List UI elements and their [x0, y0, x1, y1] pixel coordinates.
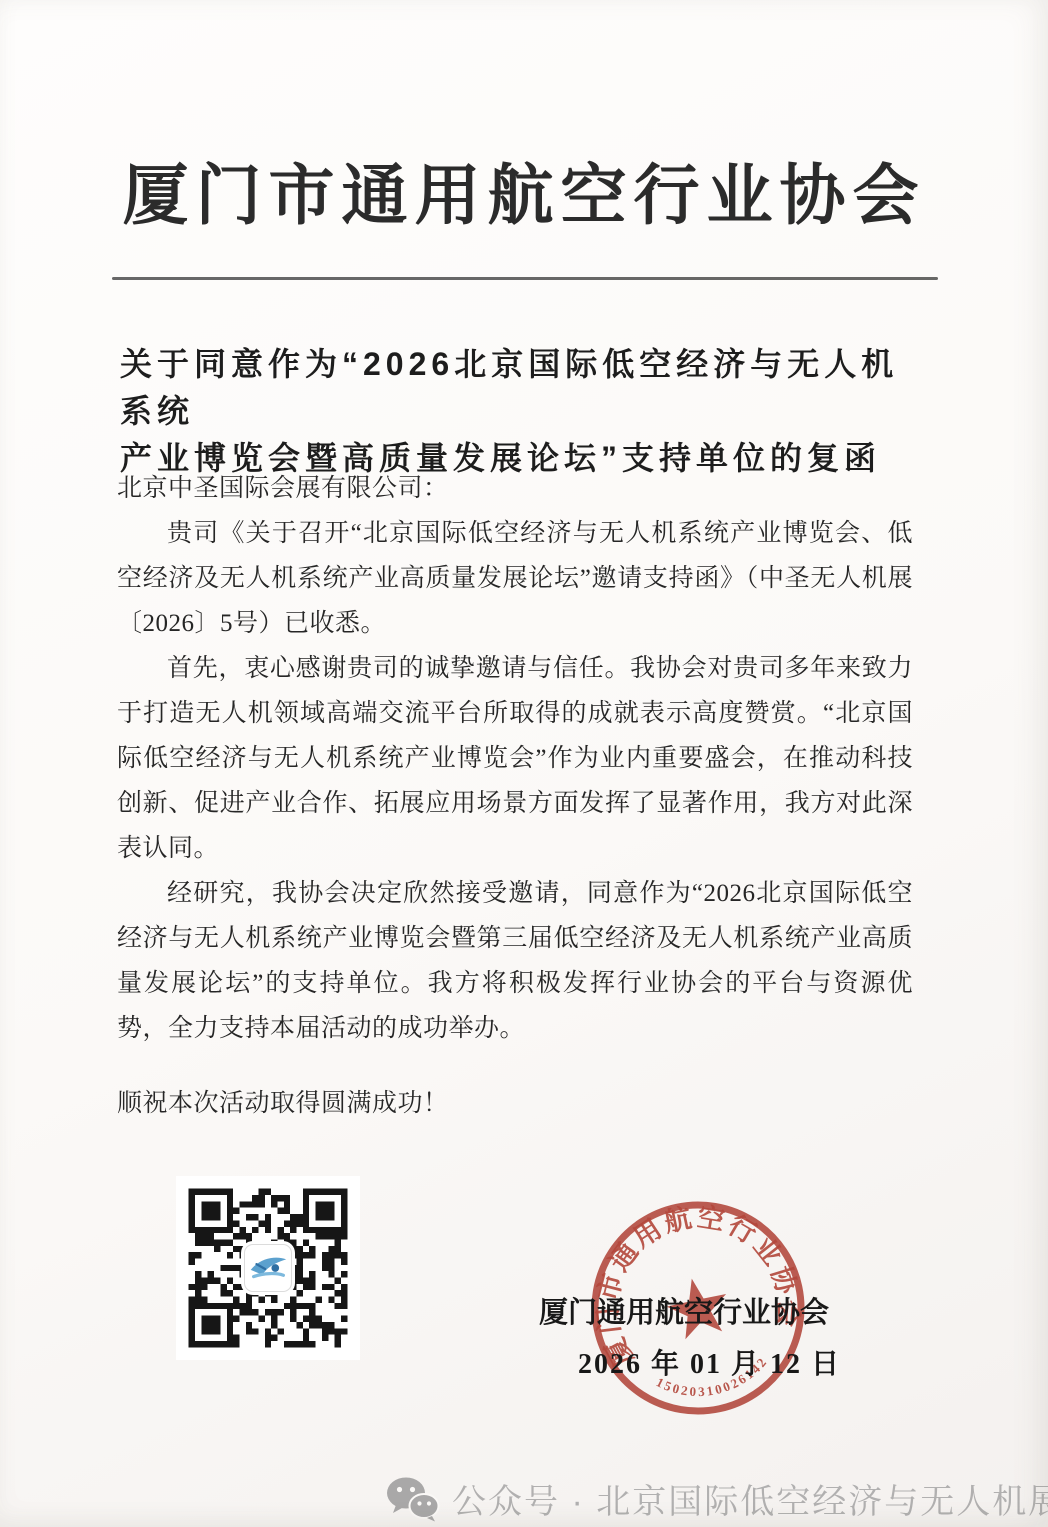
letterhead-title: 厦门市通用航空行业协会: [0, 142, 1048, 237]
qr-center-logo: [244, 1244, 292, 1292]
signature-org: 厦门通用航空行业协会: [539, 1290, 829, 1331]
footer-account-text: 公众号 · 北京国际低空经济与无人机展览会: [452, 1474, 1048, 1523]
letter-page: 厦门市通用航空行业协会 关于同意作为“2026北京国际低空经济与无人机系统 产业…: [0, 0, 1048, 1527]
wechat-icon: [386, 1476, 440, 1522]
document-title: 关于同意作为“2026北京国际低空经济与无人机系统 产业博览会暨高质量发展论坛”…: [120, 341, 932, 482]
letter-body: 北京中圣国际会展有限公司： 贵司《关于召开“北京国际低空经济与无人机系统产业博览…: [117, 466, 913, 1126]
closing-line: 顺祝本次活动取得圆满成功！: [117, 1081, 913, 1126]
paragraph-1: 贵司《关于召开“北京国际低空经济与无人机系统产业博览会、低空经济及无人机系统产业…: [117, 511, 913, 646]
drone-logo-icon: [245, 1245, 291, 1291]
footer-bar: 公众号 · 北京国际低空经济与无人机展览会: [386, 1474, 1048, 1523]
qr-code: [176, 1176, 360, 1360]
salutation: 北京中圣国际会展有限公司：: [117, 466, 913, 511]
letterhead-divider: [112, 277, 938, 280]
paragraph-3: 经研究，我协会决定欣然接受邀请，同意作为“2026北京国际低空经济与无人机系统产…: [117, 871, 913, 1051]
paragraph-2: 首先，衷心感谢贵司的诚挚邀请与信任。我协会对贵司多年来致力于打造无人机领域高端交…: [117, 646, 913, 871]
document-title-line1: 关于同意作为“2026北京国际低空经济与无人机系统: [120, 341, 932, 435]
signature-date: 2026 年 01 月 12 日: [578, 1342, 841, 1382]
